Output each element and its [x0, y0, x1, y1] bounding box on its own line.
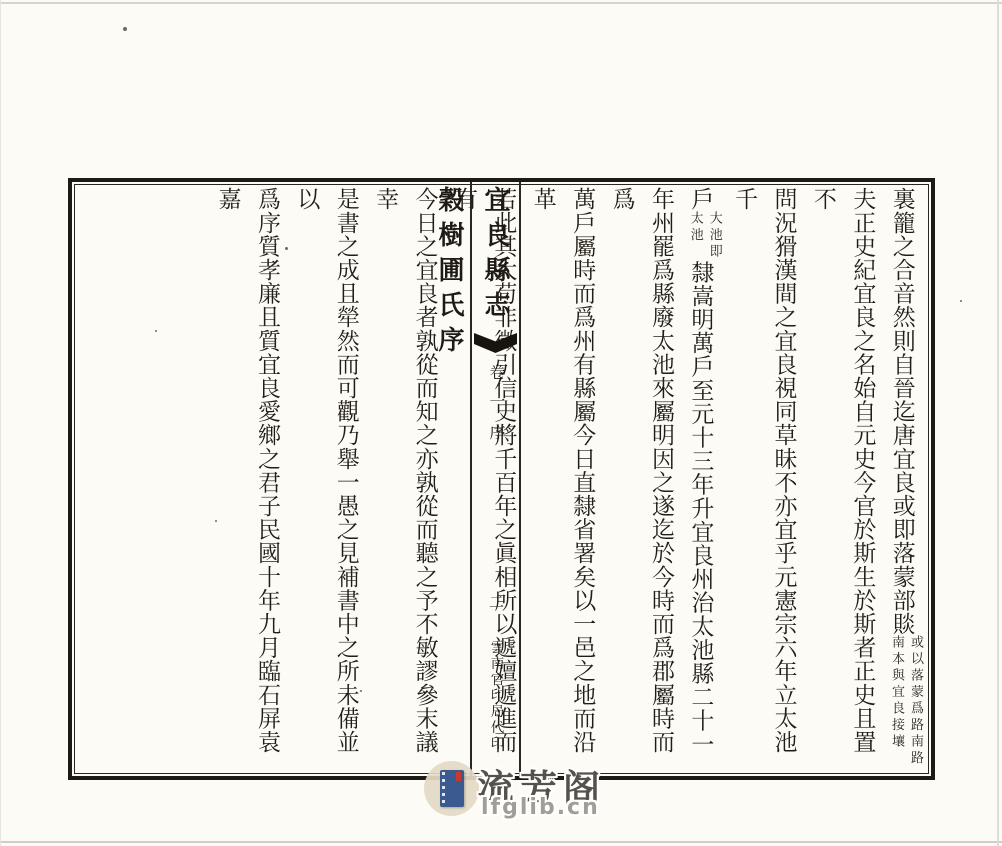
paper-speck: [123, 27, 127, 31]
fishtail-mark-icon: [474, 333, 517, 353]
watermark-site-url: lfglib.cn: [481, 795, 600, 820]
column-text: 年州罷爲縣廢太池來屬明因之遂迄於今時而爲郡屬時而爲: [610, 187, 674, 753]
page-number: 二: [485, 594, 506, 609]
interlinear-note: 大池即太池: [687, 211, 725, 261]
preface-text-block: 裏籠之合音然則自晉迄唐宜良或即落蒙部賧或以落蒙爲路南路南本與宜良接壤 夫正史紀宜…: [522, 187, 926, 771]
page-frame: 裏籠之合音然則自晉迄唐宜良或即落蒙部賧或以落蒙爲路南路南本與宜良接壤 夫正史紀宜…: [68, 178, 935, 780]
page-edge-bottom: [0, 841, 1002, 843]
text-column-9: 是書之成且犖然而可觀乃舉一愚之見補書中之所未備並以: [287, 187, 366, 771]
column-text: 問況猾漢間之宜良視同草昧不亦宜乎元憲宗六年立太池千: [732, 187, 796, 753]
text-column-5: 年州罷爲縣廢太池來屬明因之遂迄於今時而爲郡屬時而爲: [602, 187, 681, 771]
text-column-4: 戶大池即太池隸嵩明萬戶至元十三年升宜良州治太池縣二十一: [681, 187, 725, 771]
column-text: 隸嵩明萬戶至元十三年升宜良州治太池縣二十一: [688, 260, 713, 756]
text-column-3: 問況猾漢間之宜良視同草昧不亦宜乎元憲宗六年立太池千: [725, 187, 804, 771]
book-stitching: [442, 772, 445, 805]
interlinear-note: 或以落蒙爲路南路南本與宜良接壤: [888, 635, 926, 767]
note-line-right: 大池即: [706, 211, 725, 261]
page-edge-left: [0, 0, 1, 846]
note-line-right: 或以落蒙爲路南路: [907, 635, 926, 767]
volume-label: 卷一: [484, 364, 507, 422]
stitched-book-icon: [440, 770, 464, 807]
column-lead: 戶: [688, 187, 713, 211]
page-edge-top: [0, 2, 1002, 4]
column-text: 爲序質孝廉且質宜良愛鄉之君子民國十年九月臨石屏袁嘉: [216, 187, 280, 753]
printer-imprint: 雲南官印局代印: [486, 640, 506, 752]
column-text: 裏籠之合音然則自晉迄唐宜良或即落蒙部賧: [890, 187, 915, 635]
note-line-left: 太池: [687, 211, 706, 261]
paper-speck: [960, 300, 962, 302]
banxin-column: 宜良縣志 卷一 序 二 雲南官印局代印: [470, 182, 521, 776]
page-edge-right: [997, 0, 999, 846]
signature-column: 穀樹圃氏序: [424, 186, 468, 361]
text-column-10: 爲序質孝廉且質宜良愛鄉之君子民國十年九月臨石屏袁嘉: [208, 187, 287, 771]
column-text: 夫正史紀宜良之名始自元史今官於斯生於斯者正史且置不: [811, 187, 875, 753]
column-text: 萬戶屬時而爲州有縣屬今日直隸省署矣以一邑之地而沿革: [531, 187, 595, 753]
book-title: 宜良縣志: [477, 186, 514, 326]
text-column-1: 裏籠之合音然則自晉迄唐宜良或即落蒙部賧或以落蒙爲路南路南本與宜良接壤: [882, 187, 926, 771]
book-title-label: [456, 772, 461, 781]
watermark-badge: [424, 761, 479, 816]
note-line-left: 南本與宜良接壤: [888, 635, 907, 767]
text-column-2: 夫正史紀宜良之名始自元史今官於斯生於斯者正史且置不: [804, 187, 883, 771]
section-label: 序: [484, 424, 507, 440]
text-column-6: 萬戶屬時而爲州有縣屬今日直隸省署矣以一邑之地而沿革: [523, 187, 602, 771]
column-text: 是書之成且犖然而可觀乃舉一愚之見補書中之所未備並以: [294, 187, 358, 753]
